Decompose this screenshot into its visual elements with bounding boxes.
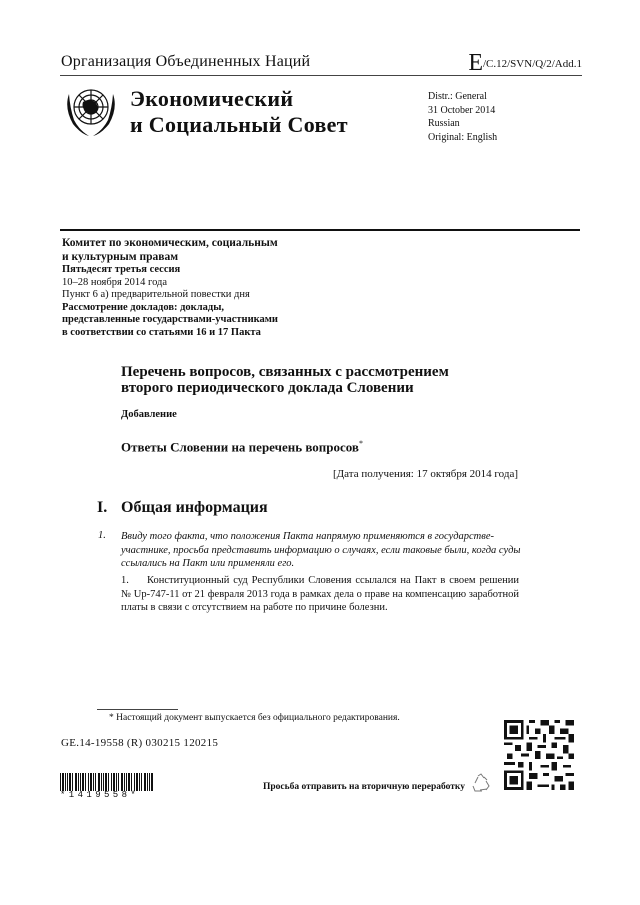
council-name: Экономический и Социальный Совет bbox=[130, 86, 348, 138]
replies-title: Ответы Словении на перечень вопросов* bbox=[121, 439, 363, 455]
barcode-number: *1419558* bbox=[60, 790, 156, 800]
document-symbol: E/C.12/SVN/Q/2/Add.1 bbox=[468, 50, 582, 77]
consideration-3: в соответствии со статьями 16 и 17 Пакта bbox=[62, 327, 278, 340]
paragraph-text: Конституционный суд Республики Словения … bbox=[121, 575, 519, 613]
un-emblem-icon bbox=[63, 80, 119, 140]
received-date: [Дата получения: 17 октября 2014 года] bbox=[333, 468, 518, 480]
committee-name-1: Комитет по экономическим, социальным bbox=[62, 236, 278, 250]
organization-name: Организация Объединенных Наций bbox=[61, 53, 310, 71]
consideration-1: Рассмотрение докладов: доклады, bbox=[62, 302, 278, 315]
paragraph-number: 1. bbox=[121, 574, 147, 588]
language-line: Russian bbox=[428, 117, 497, 131]
distribution-block: Distr.: General 31 October 2014 Russian … bbox=[428, 90, 497, 144]
session-dates: 10–28 ноября 2014 года bbox=[62, 277, 278, 290]
section-title: Общая информация bbox=[121, 499, 268, 517]
date-line: 31 October 2014 bbox=[428, 104, 497, 118]
symbol-rest: /C.12/SVN/Q/2/Add.1 bbox=[483, 58, 582, 70]
consideration-2: представленные государствами-участниками bbox=[62, 314, 278, 327]
addendum-label: Добавление bbox=[121, 409, 177, 420]
footnote-rule bbox=[97, 709, 178, 710]
recycle-icon bbox=[470, 772, 492, 794]
title-line-1: Перечень вопросов, связанных с рассмотре… bbox=[121, 364, 449, 380]
job-number: GE.14-19558 (R) 030215 120215 bbox=[61, 737, 218, 749]
question-text: Ввиду того факта, что положения Пакта на… bbox=[121, 530, 531, 571]
question-number: 1. bbox=[98, 530, 106, 541]
replies-title-text: Ответы Словении на перечень вопросов bbox=[121, 439, 359, 454]
footnote-mark: * bbox=[359, 439, 363, 448]
section-rule bbox=[60, 229, 580, 231]
footnote: * Настоящий документ выпускается без офи… bbox=[109, 713, 400, 723]
committee-name-2: и культурным правам bbox=[62, 250, 278, 264]
symbol-letter: E bbox=[468, 50, 483, 76]
original-language-line: Original: English bbox=[428, 131, 497, 145]
header-rule bbox=[60, 75, 582, 76]
agenda-item: Пункт 6 a) предварительной повестки дня bbox=[62, 289, 278, 302]
barcode-icon bbox=[60, 773, 154, 791]
committee-block: Комитет по экономическим, социальным и к… bbox=[62, 236, 278, 339]
council-line-2: и Социальный Совет bbox=[130, 112, 348, 138]
recycle-text: Просьба отправить на вторичную переработ… bbox=[263, 782, 465, 792]
document-title: Перечень вопросов, связанных с рассмотре… bbox=[121, 364, 449, 396]
distribution-line: Distr.: General bbox=[428, 90, 497, 104]
session: Пятьдесят третья сессия bbox=[62, 264, 278, 277]
title-line-2: второго периодического доклада Словении bbox=[121, 380, 449, 396]
qr-code-icon bbox=[504, 720, 574, 790]
council-line-1: Экономический bbox=[130, 86, 348, 112]
section-number: I. bbox=[97, 499, 107, 517]
paragraph: 1.Конституционный суд Республики Словени… bbox=[121, 574, 519, 615]
